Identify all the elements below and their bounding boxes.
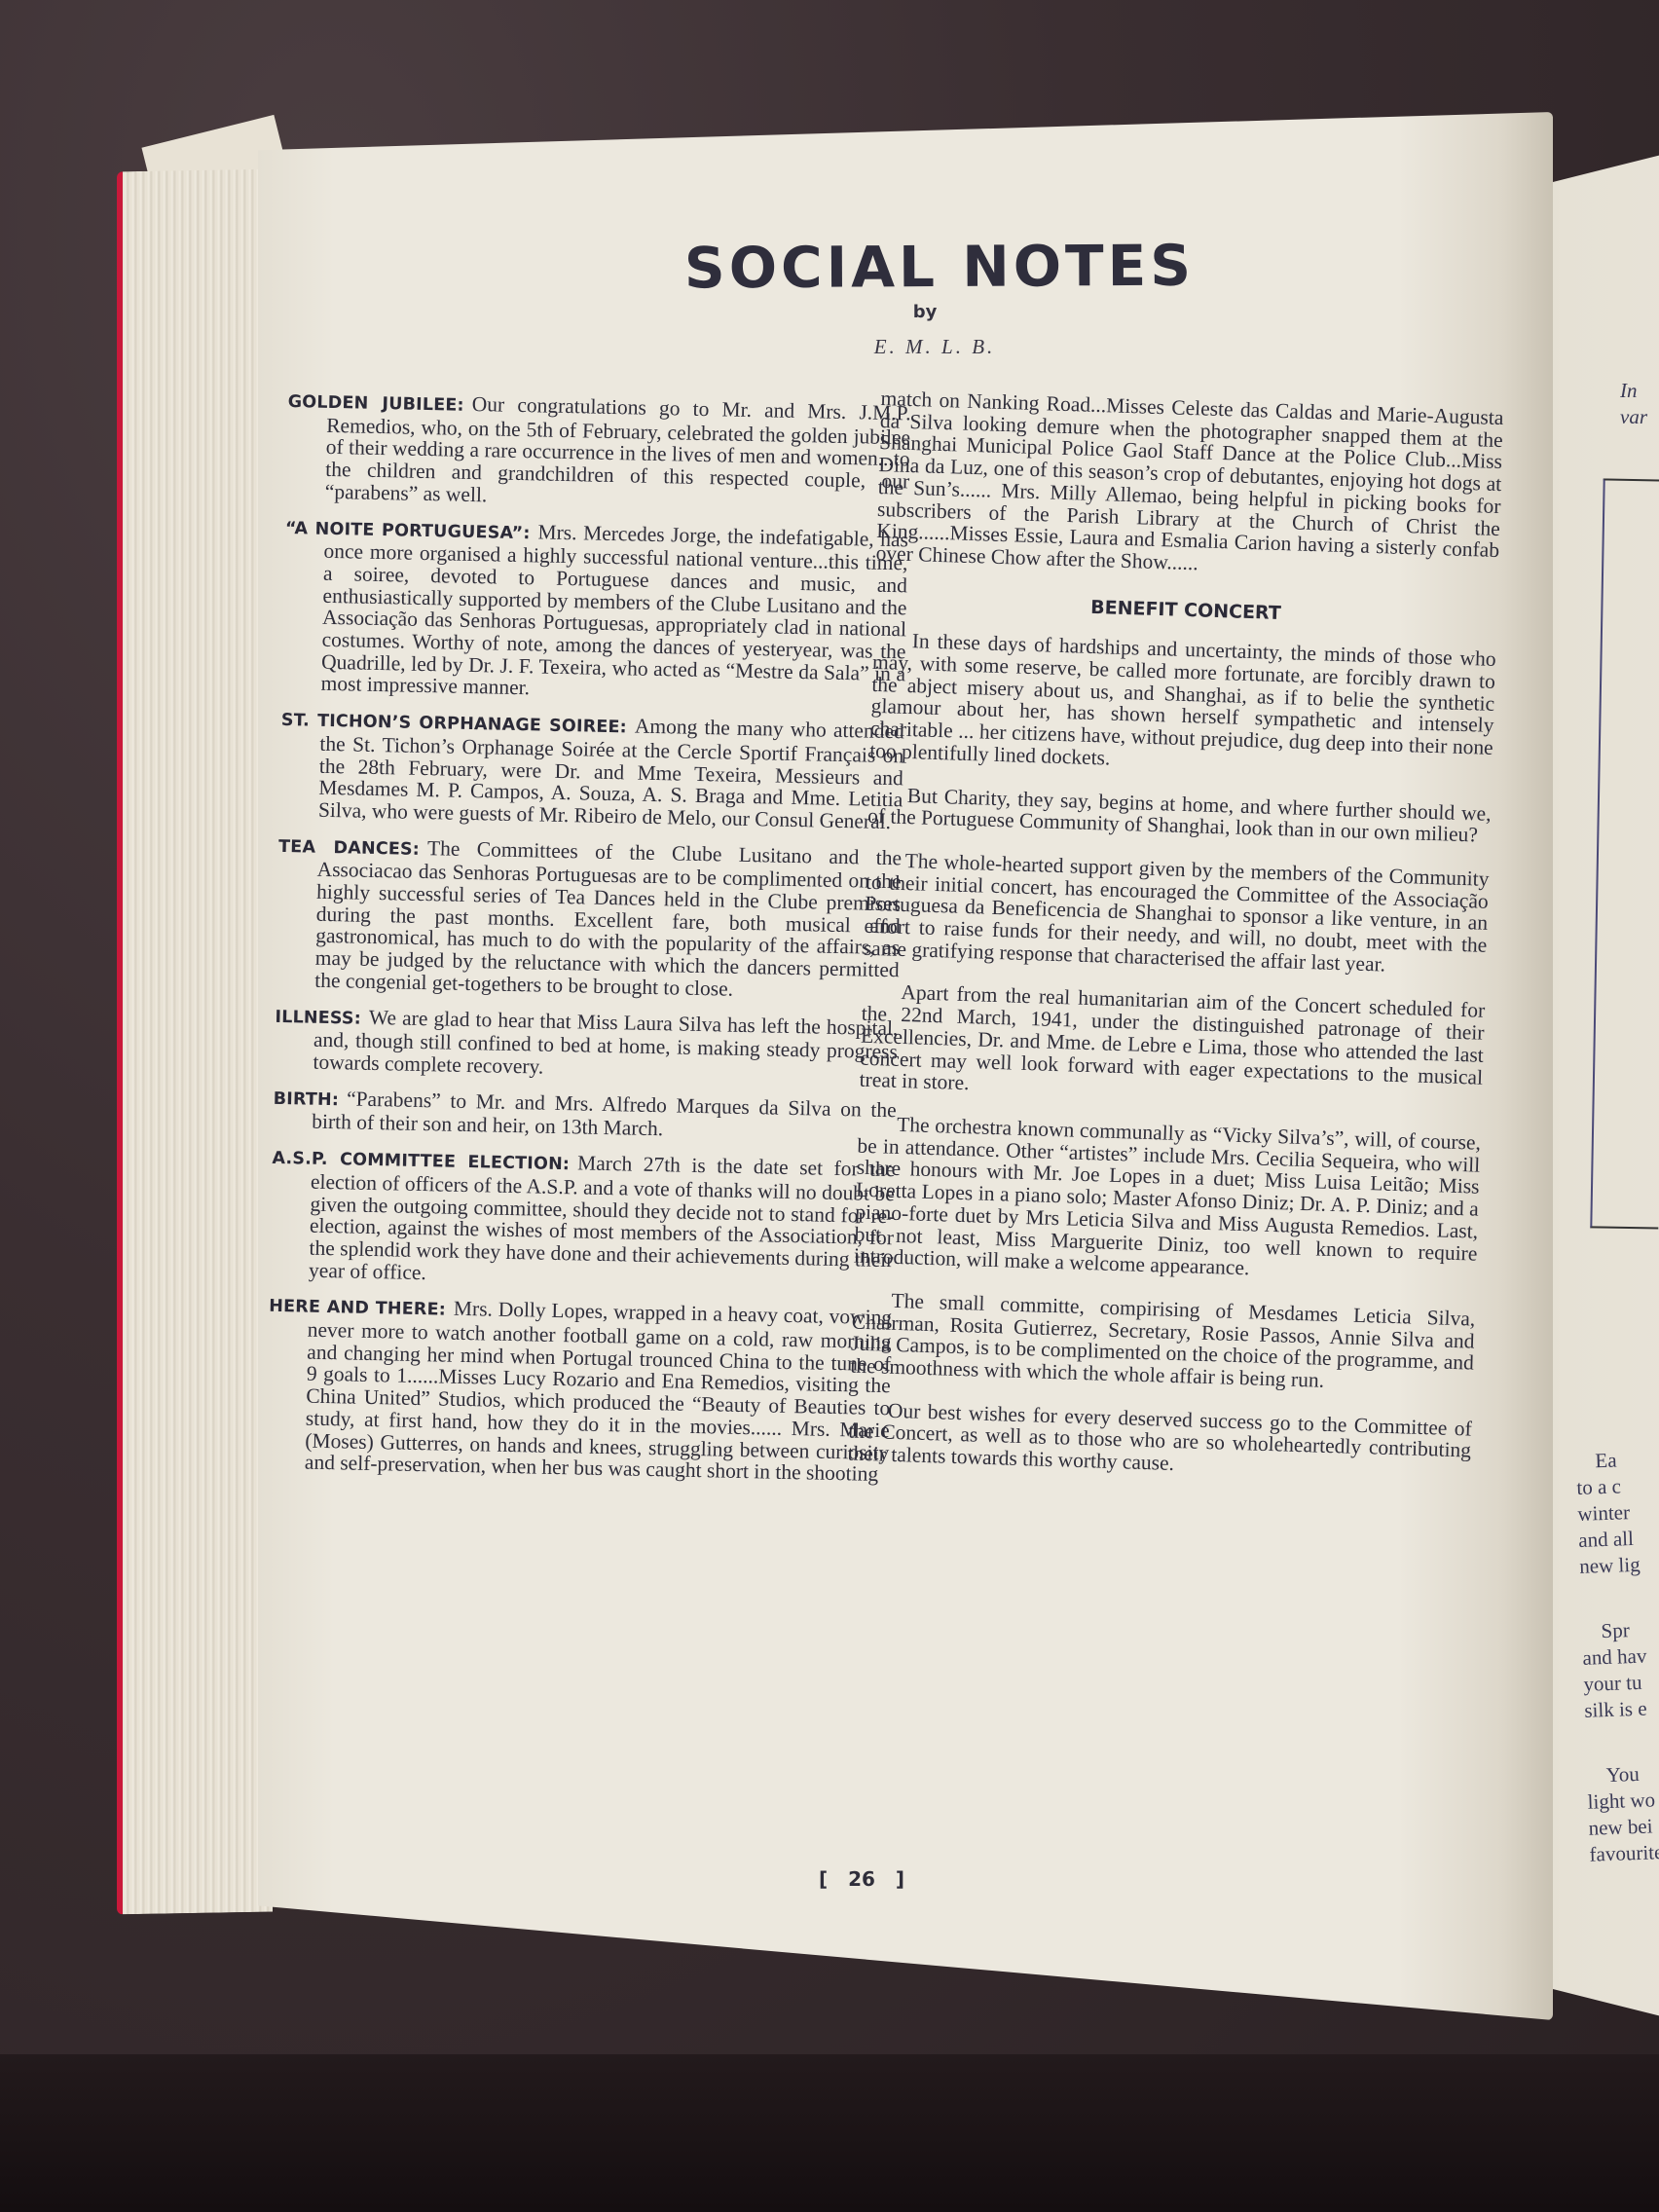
facing-line: new bei: [1588, 1813, 1659, 1842]
byline: by: [876, 302, 974, 322]
item-heading: TEA DANCES:: [278, 837, 420, 860]
item-text: “Parabens” to Mr. and Mrs. Alfredo Marqu…: [312, 1087, 897, 1141]
facing-line: to a c: [1576, 1472, 1659, 1501]
facing-line: favourite: [1589, 1839, 1659, 1868]
facing-intro-line: var: [1620, 404, 1659, 430]
social-note-item: ST. TICHON’S ORPHANAGE SOIREE:Among the …: [279, 708, 904, 833]
facing-line: your tu: [1583, 1669, 1659, 1698]
right-column: match on Nanking Road...Misses Celeste d…: [847, 387, 1504, 1505]
item-heading: BIRTH:: [274, 1089, 340, 1110]
item-text: March 27th is the date set for the elect…: [309, 1151, 896, 1283]
facing-line: winter: [1577, 1498, 1659, 1528]
item-heading: ILLNESS:: [275, 1007, 361, 1028]
article-paragraph: The whole-hearted support given by the m…: [864, 849, 1490, 979]
item-text: Mrs. Dolly Lopes, wrapped in a heavy coa…: [305, 1297, 893, 1486]
page-title: SOCIAL NOTES: [667, 233, 1212, 302]
facing-line: and all: [1578, 1525, 1659, 1554]
facing-line: Spr: [1581, 1616, 1659, 1645]
article-paragraph: The orchestra known communally as “Vicky…: [854, 1113, 1482, 1287]
facing-paragraph: Spr and hav your tu silk is e: [1581, 1616, 1659, 1724]
here-and-there-continuation: match on Nanking Road...Misses Celeste d…: [875, 387, 1503, 584]
article-paragraph: Our best wishes for every deserved succe…: [847, 1398, 1472, 1484]
article-paragraph: Apart from the real humanitarian aim of …: [859, 980, 1485, 1111]
article-paragraph: But Charity, they say, begins at home, a…: [867, 783, 1492, 846]
item-text: Mrs. Mercedes Jorge, the indefatigable, …: [320, 520, 908, 700]
facing-line: You: [1586, 1760, 1659, 1789]
social-note-item: A.S.P. COMMITTEE ELECTION:March 27th is …: [270, 1146, 896, 1294]
social-note-item: “A NOITE PORTUGUESA”:Mrs. Mercedes Jorge…: [281, 515, 908, 707]
item-heading: “A NOITE PORTUGUESA”:: [285, 518, 531, 542]
item-text: We are glad to hear that Miss Laura Silv…: [313, 1005, 898, 1078]
facing-intro-line: In: [1620, 378, 1659, 404]
facing-line: new lig: [1579, 1551, 1659, 1580]
article-paragraph: The small committe, compirising of Mesda…: [850, 1288, 1476, 1396]
item-text: The Committees of the Clube Lusitano and…: [314, 836, 902, 1001]
social-note-item: HERE AND THERE:Mrs. Dolly Lopes, wrapped…: [266, 1294, 893, 1486]
social-note-item: TEA DANCES:The Committees of the Clube L…: [276, 834, 902, 1004]
article-paragraph: In these days of hardships and uncertain…: [869, 629, 1496, 781]
facing-line: and hav: [1582, 1642, 1659, 1672]
author-initials: E. M. L. B.: [818, 335, 1051, 359]
facing-line: silk is e: [1584, 1695, 1659, 1724]
facing-line: Ea: [1575, 1446, 1659, 1475]
page-block-fore-edge: [117, 169, 273, 1915]
social-note-item: GOLDEN JUBILEE:Our congratulations go to…: [286, 389, 911, 515]
item-heading: HERE AND THERE:: [269, 1297, 446, 1320]
section-heading: BENEFIT CONCERT: [874, 590, 1497, 632]
page-number: [ 26 ]: [808, 1867, 915, 1891]
social-note-item: ILLNESS:We are glad to hear that Miss La…: [274, 1004, 898, 1085]
left-column: GOLDEN JUBILEE:Our congratulations go to…: [265, 389, 910, 1499]
item-heading: GOLDEN JUBILEE:: [288, 392, 464, 416]
facing-paragraph: Ea to a c winter and all new lig: [1575, 1446, 1659, 1580]
desk-surface: [0, 2054, 1659, 2212]
facing-paragraph: You light wo new bei favourite: [1586, 1760, 1659, 1868]
facing-page-intro: In var: [1620, 378, 1659, 430]
facing-line: light wo: [1587, 1787, 1659, 1816]
social-note-item: BIRTH:“Parabens” to Mr. and Mrs. Alfredo…: [273, 1087, 897, 1146]
facing-page-boxed-panel: [1590, 478, 1659, 1229]
